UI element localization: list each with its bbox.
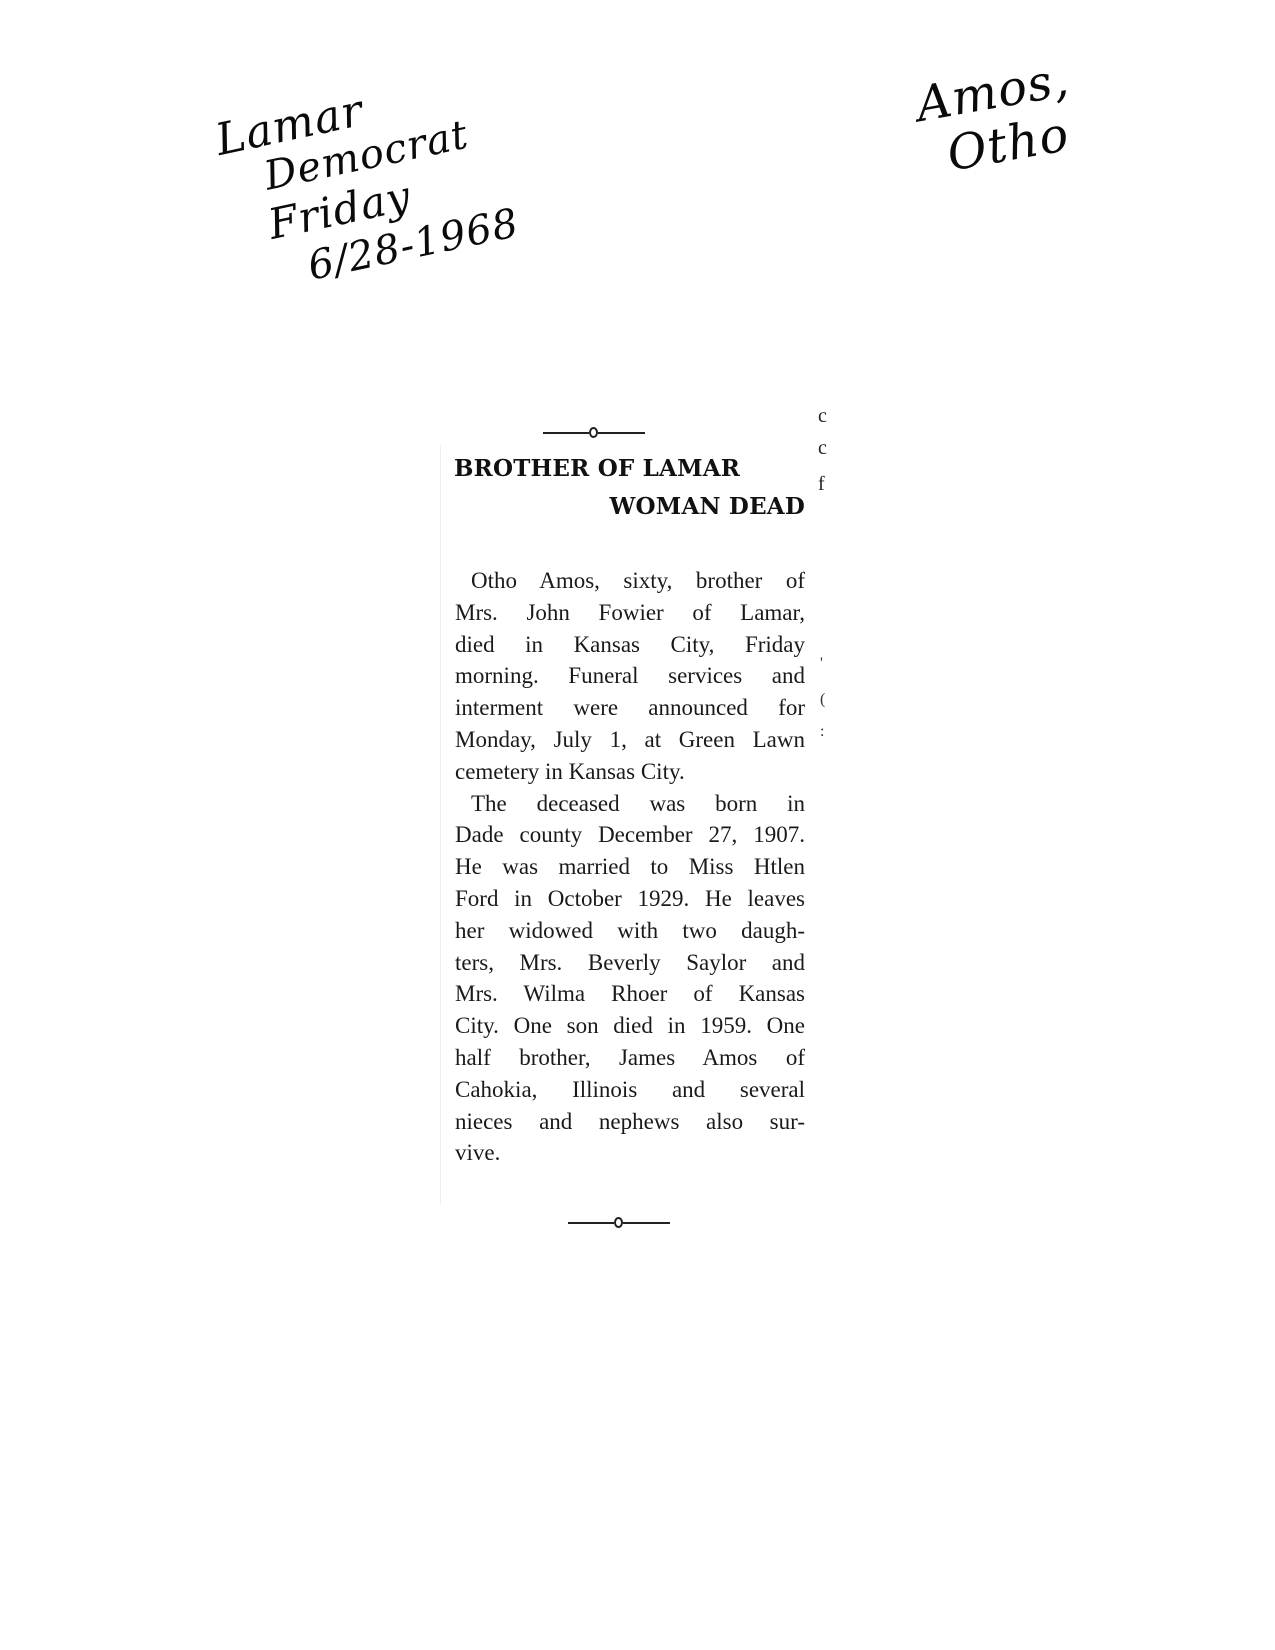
body-line: cemetery in Kansas City. (455, 756, 805, 788)
body-line: vive. (455, 1137, 805, 1169)
scanned-page: Lamar Democrat Friday 6/28-1968 Amos, Ot… (0, 0, 1275, 1650)
top-separator-ornament (543, 427, 645, 439)
body-line: Dade county December 27, 1907. (455, 819, 805, 851)
handwritten-source-note: Lamar Democrat Friday 6/28-1968 (212, 62, 523, 304)
newspaper-clipping: BROTHER OF LAMAR WOMAN DEAD c c f ' ( : … (440, 405, 840, 1245)
bottom-separator-ornament (568, 1217, 670, 1229)
body-line: Otho Amos, sixty, brother of (455, 565, 805, 597)
body-line: nieces and nephews also sur- (455, 1106, 805, 1138)
headline-line-2: WOMAN DEAD (610, 493, 805, 520)
body-line: Ford in October 1929. He leaves (455, 883, 805, 915)
body-line: half brother, James Amos of (455, 1042, 805, 1074)
adjacent-column-fragment: c (818, 405, 827, 428)
separator-ring-icon (589, 427, 598, 438)
body-line: Monday, July 1, at Green Lawn (455, 724, 805, 756)
separator-bar-left (568, 1222, 614, 1224)
body-line: Cahokia, Illinois and several (455, 1074, 805, 1106)
separator-bar-right (623, 1222, 670, 1224)
adjacent-column-fragment: f (818, 473, 825, 496)
body-line: Mrs. John Fowier of Lamar, (455, 597, 805, 629)
separator-bar-right (598, 432, 645, 434)
body-line: He was married to Miss Htlen (455, 851, 805, 883)
body-line: morning. Funeral services and (455, 660, 805, 692)
body-line: died in Kansas City, Friday (455, 629, 805, 661)
headline-line-1: BROTHER OF LAMAR (454, 455, 740, 482)
body-line: Mrs. Wilma Rhoer of Kansas (455, 978, 805, 1010)
body-line: her widowed with two daugh- (455, 915, 805, 947)
adjacent-column-mark: ( (820, 691, 825, 709)
body-line: City. One son died in 1959. One (455, 1010, 805, 1042)
handwritten-name-note: Amos, Otho (912, 51, 1082, 184)
body-line: The deceased was born in (455, 788, 805, 820)
adjacent-column-fragment: c (818, 437, 827, 460)
body-line: interment were announced for (455, 692, 805, 724)
separator-ring-icon (614, 1217, 623, 1228)
article-body: Otho Amos, sixty, brother of Mrs. John F… (455, 565, 805, 1169)
adjacent-column-mark: : (820, 723, 824, 741)
body-line: ters, Mrs. Beverly Saylor and (455, 947, 805, 979)
separator-bar-left (543, 432, 589, 434)
column-rule-divider (440, 445, 441, 1205)
adjacent-column-mark: ' (820, 655, 823, 673)
